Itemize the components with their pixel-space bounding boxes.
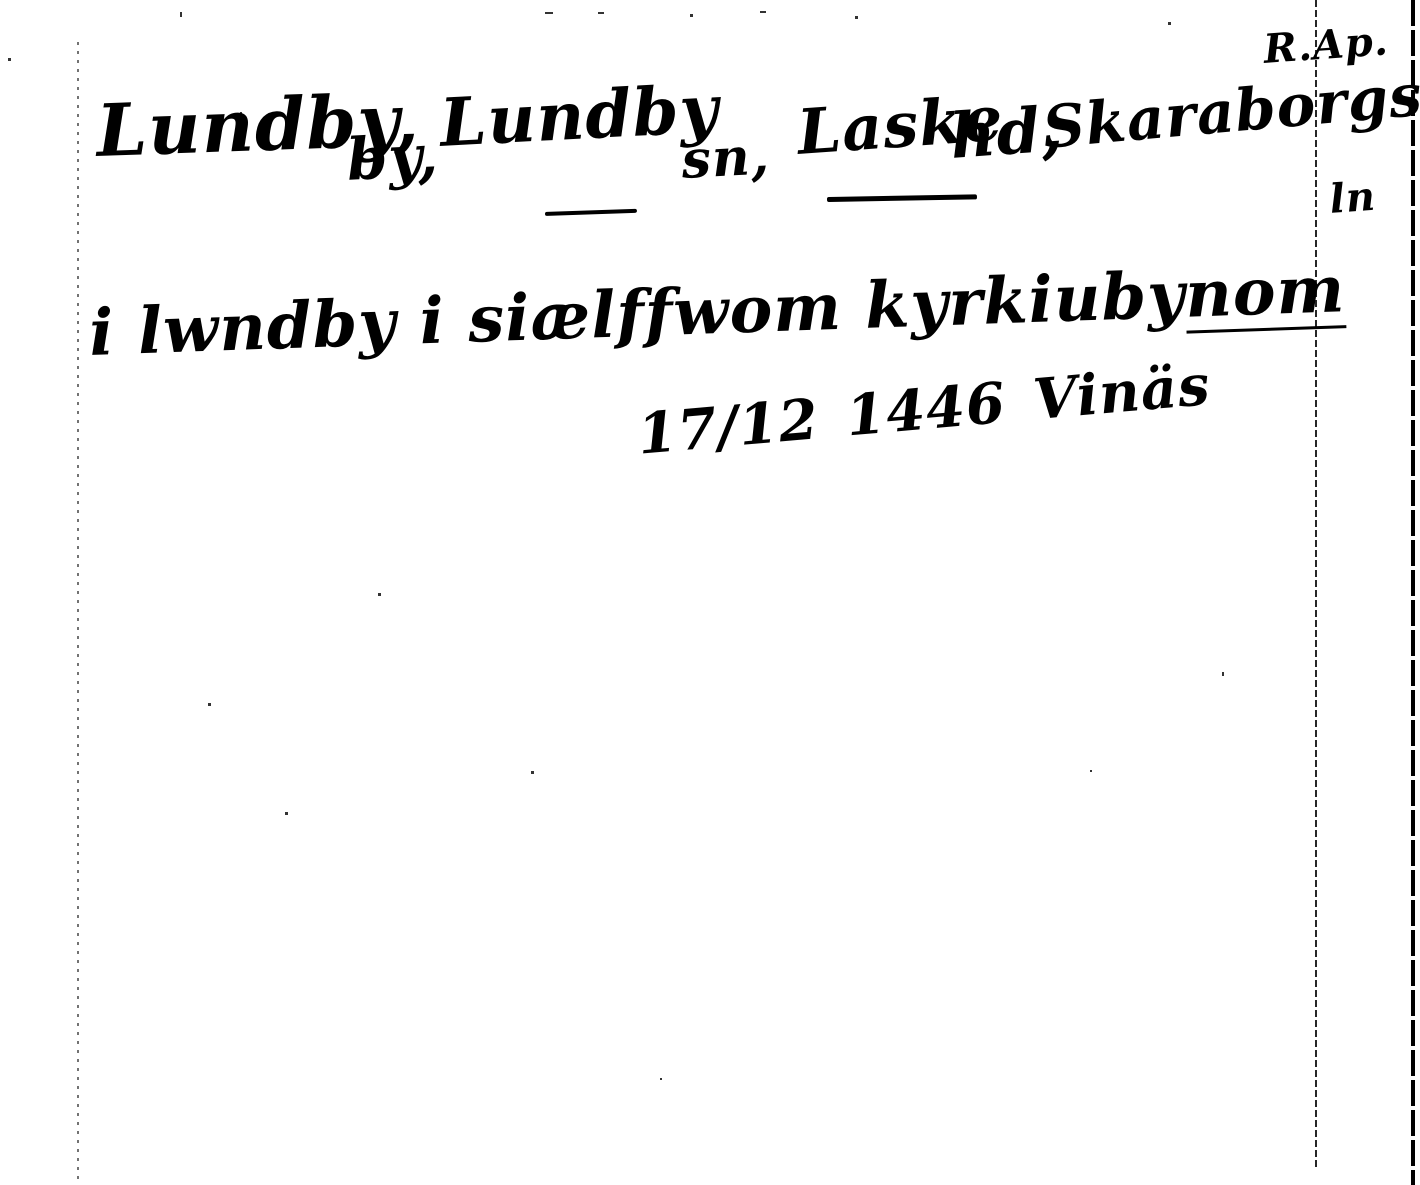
date-year: 1446 bbox=[844, 370, 1009, 450]
scan-noise-speck bbox=[285, 812, 288, 815]
left-margin-rule bbox=[77, 42, 79, 1185]
date-line: 17/121446Vinäs bbox=[635, 352, 1213, 468]
date-gap2 bbox=[1007, 419, 1035, 421]
index-card-scan: R.Ap. Lundby, by, Lundby sn, Laske hd, S… bbox=[0, 0, 1420, 1185]
parish-name: Lundby bbox=[438, 69, 721, 161]
county-name: Skaraborgs bbox=[1040, 61, 1420, 162]
scan-noise-speck bbox=[208, 703, 211, 706]
scan-noise-speck bbox=[8, 58, 11, 61]
scan-noise-speck bbox=[1222, 672, 1224, 676]
date-gap bbox=[820, 436, 848, 438]
date-day-month: 17/12 bbox=[635, 386, 821, 468]
scan-noise-speck bbox=[855, 16, 858, 19]
scan-noise-speck bbox=[378, 593, 381, 596]
right-margin-rule-inner bbox=[1315, 0, 1317, 1170]
county-abbreviation: ln bbox=[1328, 173, 1377, 223]
scan-noise-speck bbox=[240, 112, 242, 114]
issue-place: Vinäs bbox=[1031, 352, 1213, 433]
scan-noise-speck bbox=[531, 771, 534, 774]
parish-abbreviation: sn, bbox=[680, 125, 771, 191]
settlement-type: by, bbox=[345, 121, 440, 194]
citation-underlined-tail: nom bbox=[1184, 252, 1346, 333]
scan-noise-speck bbox=[1090, 770, 1092, 772]
scan-noise-speck bbox=[660, 1078, 662, 1080]
scan-noise-speck bbox=[690, 14, 693, 17]
parish-underline bbox=[545, 209, 637, 216]
district-underline bbox=[827, 194, 977, 202]
scan-noise-speck bbox=[760, 11, 766, 13]
scan-noise-speck bbox=[180, 12, 182, 17]
scan-noise-speck bbox=[1168, 22, 1171, 25]
citation-line: i lwndby i siælffwom kyrkiubynom bbox=[88, 252, 1346, 371]
scan-noise-speck bbox=[545, 12, 553, 14]
citation-text: i lwndby i siælffwom kyrkiuby bbox=[88, 258, 1187, 371]
right-margin-rule-outer bbox=[1411, 0, 1415, 1185]
scan-noise-speck bbox=[598, 12, 604, 14]
